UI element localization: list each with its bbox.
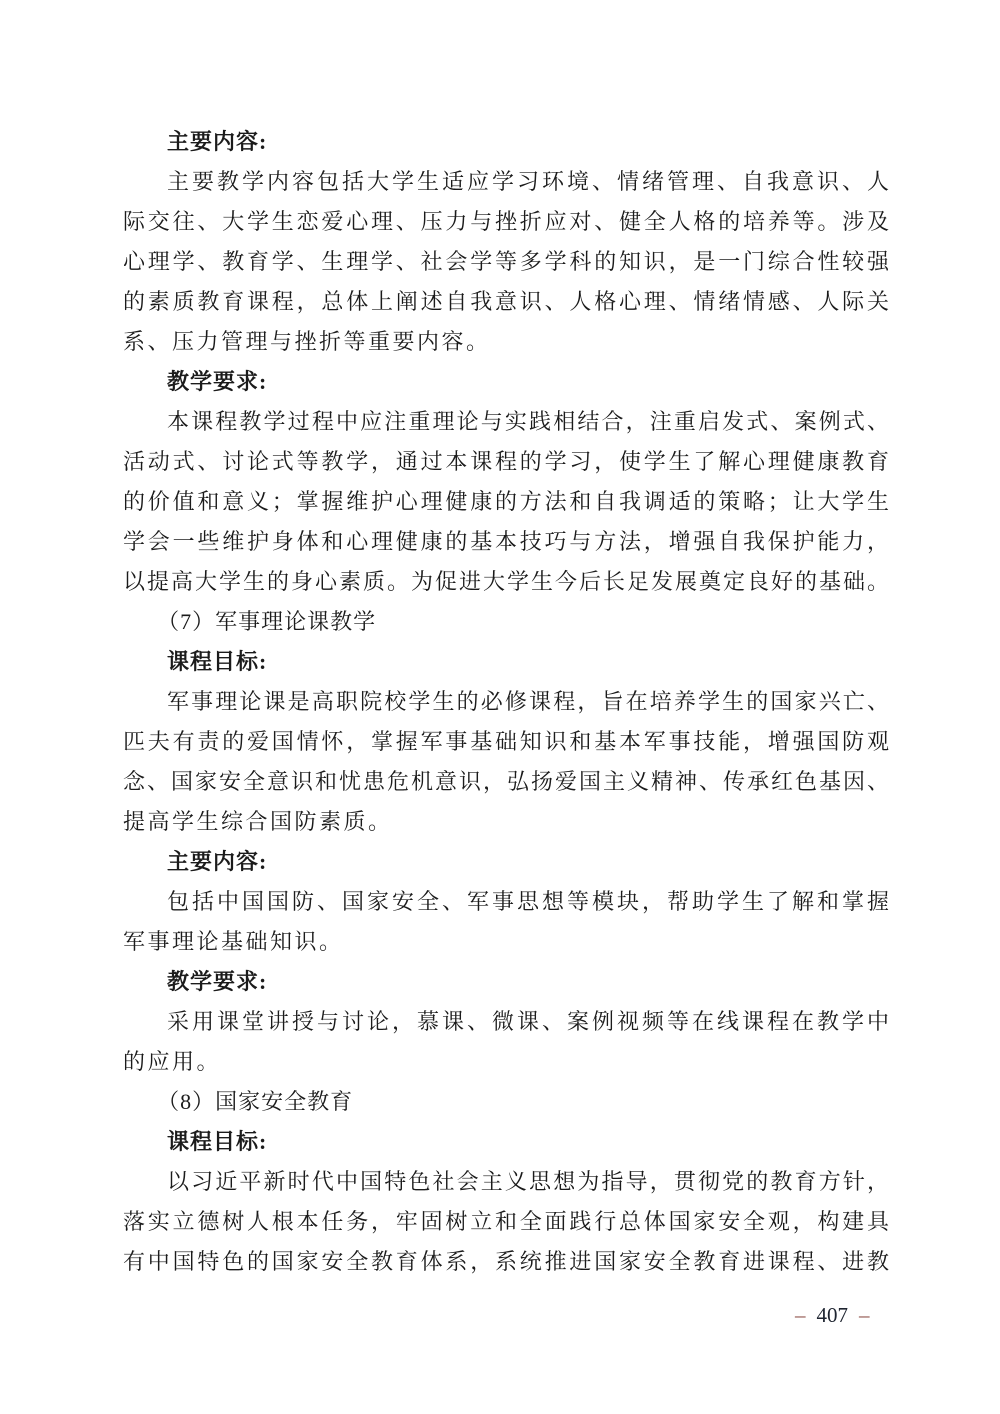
page-number: –407– [795,1301,870,1329]
text-line: 包括中国国防、国家安全、军事思想等模块，帮助学生了解和掌握 [123,882,889,922]
text-line: 落实立德树人根本任务，牢固树立和全面践行总体国家安全观，构建具 [123,1202,889,1242]
text-line: 采用课堂讲授与讨论，慕课、微课、案例视频等在线课程在教学中 [123,1002,889,1042]
text-line: 匹夫有责的爱国情怀，掌握军事基础知识和基本军事技能，增强国防观 [123,722,889,762]
document-page: 主要内容:主要教学内容包括大学生适应学习环境、情绪管理、自我意识、人际交往、大学… [0,0,1000,1414]
text-line: 际交往、大学生恋爱心理、压力与挫折应对、健全人格的培养等。涉及 [123,202,889,242]
list-item: （7）军事理论课教学 [123,602,889,642]
text-line: 学会一些维护身体和心理健康的基本技巧与方法，增强自我保护能力， [123,522,889,562]
document-body: 主要内容:主要教学内容包括大学生适应学习环境、情绪管理、自我意识、人际交往、大学… [123,122,889,1282]
text-line: 本课程教学过程中应注重理论与实践相结合，注重启发式、案例式、 [123,402,889,442]
text-line: 的素质教育课程，总体上阐述自我意识、人格心理、情绪情感、人际关 [123,282,889,322]
text-line: 军事理论课是高职院校学生的必修课程，旨在培养学生的国家兴亡、 [123,682,889,722]
text-line: 军事理论基础知识。 [123,922,889,962]
text-line: 念、国家安全意识和忧患危机意识，弘扬爱国主义精神、传承红色基因、 [123,762,889,802]
section-heading: 主要内容: [123,842,889,882]
list-item: （8）国家安全教育 [123,1082,889,1122]
text-line: 的应用。 [123,1042,889,1082]
text-line: 以习近平新时代中国特色社会主义思想为指导，贯彻党的教育方针， [123,1162,889,1202]
page-number-left-dash: – [795,1303,806,1327]
page-number-right-dash: – [859,1303,870,1327]
text-line: 提高学生综合国防素质。 [123,802,889,842]
section-heading: 教学要求: [123,962,889,1002]
section-heading: 教学要求: [123,362,889,402]
text-line: 主要教学内容包括大学生适应学习环境、情绪管理、自我意识、人 [123,162,889,202]
section-heading: 课程目标: [123,1122,889,1162]
text-line: 活动式、讨论式等教学，通过本课程的学习，使学生了解心理健康教育 [123,442,889,482]
text-line: 的价值和意义；掌握维护心理健康的方法和自我调适的策略；让大学生 [123,482,889,522]
text-line: 系、压力管理与挫折等重要内容。 [123,322,889,362]
section-heading: 主要内容: [123,122,889,162]
text-line: 以提高大学生的身心素质。为促进大学生今后长足发展奠定良好的基础。 [123,562,889,602]
text-line: 有中国特色的国家安全教育体系，系统推进国家安全教育进课程、进教 [123,1242,889,1282]
section-heading: 课程目标: [123,642,889,682]
page-number-value: 407 [817,1303,849,1327]
text-line: 心理学、教育学、生理学、社会学等多学科的知识，是一门综合性较强 [123,242,889,282]
